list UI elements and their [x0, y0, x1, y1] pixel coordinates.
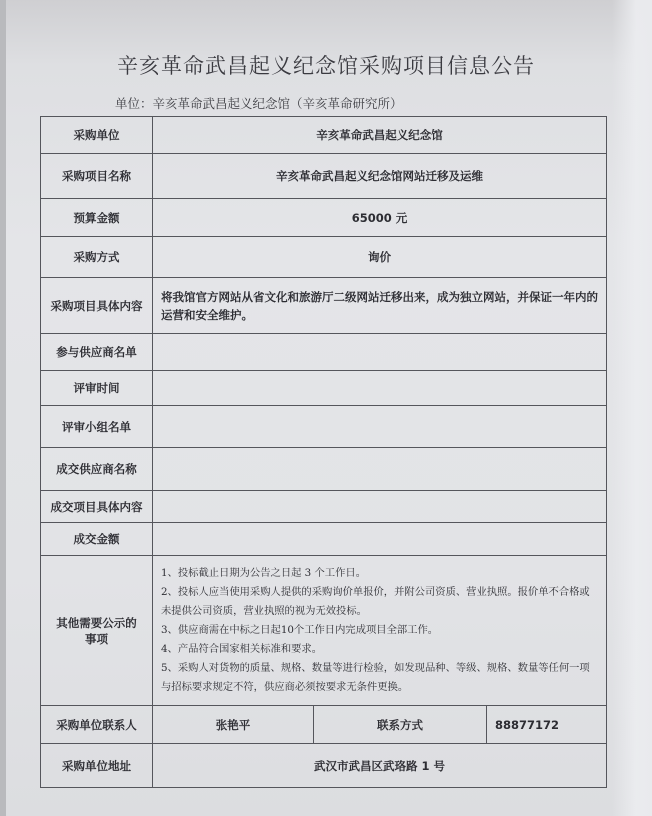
contact-person-value: 张艳平 [153, 706, 314, 744]
table-row: 其他需要公示的事项 1、投标截止日期为公告之日起 3 个工作日。 2、投标人应当… [41, 556, 607, 706]
note-item: 1、投标截止日期为公告之日起 3 个工作日。 [161, 564, 598, 583]
project-name-value: 辛亥革命武昌起义纪念馆网站迁移及运维 [153, 154, 607, 199]
row-label: 参与供应商名单 [41, 334, 153, 371]
budget-value: 65000 元 [153, 199, 607, 237]
procurement-info-table: 采购单位 辛亥革命武昌起义纪念馆 采购项目名称 辛亥革命武昌起义纪念馆网站迁移及… [40, 116, 607, 788]
issuing-unit: 单位：辛亥革命武昌起义纪念馆（辛亥革命研究所） [115, 94, 403, 112]
participating-suppliers-value [153, 334, 607, 371]
table-row: 采购方式 询价 [41, 237, 607, 278]
table-row: 成交供应商名称 [41, 448, 607, 491]
contact-method-label: 联系方式 [314, 706, 487, 744]
note-item: 4、产品符合国家相关标准和要求。 [161, 640, 598, 659]
row-label: 成交金额 [41, 523, 153, 556]
row-label: 采购单位 [41, 117, 153, 154]
row-label: 采购单位联系人 [41, 706, 153, 744]
row-label: 预算金额 [41, 199, 153, 237]
table-row: 采购单位地址 武汉市武昌区武珞路 1 号 [41, 744, 607, 788]
row-label: 成交项目具体内容 [41, 491, 153, 523]
note-item: 5、采购人对货物的质量、规格、数量等进行检验，如发现品种、等级、规格、数量等任何… [161, 659, 598, 697]
table-row: 采购项目具体内容 将我馆官方网站从省文化和旅游厅二级网站迁移出来，成为独立网站，… [41, 278, 607, 334]
table-row: 采购单位联系人 张艳平 联系方式 88877172 [41, 706, 607, 744]
row-label: 采购方式 [41, 237, 153, 278]
table-row: 采购项目名称 辛亥革命武昌起义纪念馆网站迁移及运维 [41, 154, 607, 199]
purchasing-unit-value: 辛亥革命武昌起义纪念馆 [153, 117, 607, 154]
table-row: 参与供应商名单 [41, 334, 607, 371]
row-label: 采购项目具体内容 [41, 278, 153, 334]
other-notes-list: 1、投标截止日期为公告之日起 3 个工作日。 2、投标人应当使用采购人提供的采购… [153, 556, 607, 706]
contact-phone-value: 88877172 [487, 706, 607, 744]
row-label: 成交供应商名称 [41, 448, 153, 491]
row-label: 其他需要公示的事项 [41, 556, 153, 706]
table-row: 成交金额 [41, 523, 607, 556]
winning-amount-value [153, 523, 607, 556]
row-label: 采购项目名称 [41, 154, 153, 199]
winning-supplier-value [153, 448, 607, 491]
note-item: 3、供应商需在中标之日起10个工作日内完成项目全部工作。 [161, 621, 598, 640]
review-panel-value [153, 406, 607, 448]
project-content-value: 将我馆官方网站从省文化和旅游厅二级网站迁移出来，成为独立网站，并保证一年内的运营… [153, 278, 607, 334]
paper-edge-left [0, 0, 6, 816]
paper-edge-right [612, 0, 652, 816]
winning-content-value [153, 491, 607, 523]
document-title: 辛亥革命武昌起义纪念馆采购项目信息公告 [0, 50, 652, 80]
row-label: 评审时间 [41, 371, 153, 406]
table-row: 预算金额 65000 元 [41, 199, 607, 237]
procurement-method-value: 询价 [153, 237, 607, 278]
table-row: 采购单位 辛亥革命武昌起义纪念馆 [41, 117, 607, 154]
table-row: 评审小组名单 [41, 406, 607, 448]
row-label: 评审小组名单 [41, 406, 153, 448]
table-row: 评审时间 [41, 371, 607, 406]
row-label: 采购单位地址 [41, 744, 153, 788]
address-value: 武汉市武昌区武珞路 1 号 [153, 744, 607, 788]
review-time-value [153, 371, 607, 406]
table-row: 成交项目具体内容 [41, 491, 607, 523]
note-item: 2、投标人应当使用采购人提供的采购询价单报价，并附公司资质、营业执照。报价单不合… [161, 583, 598, 621]
